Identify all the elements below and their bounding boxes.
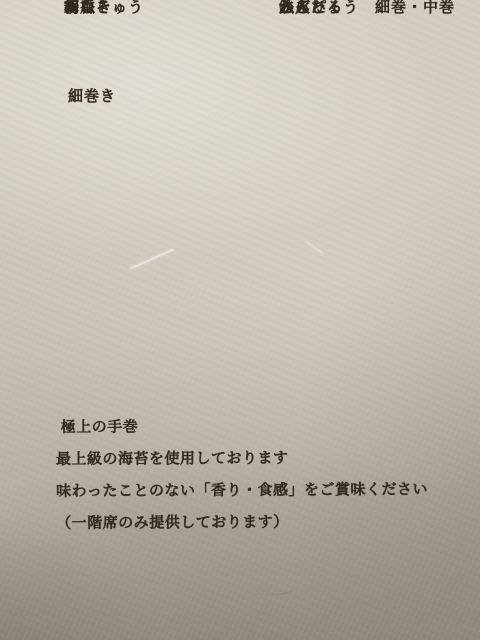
menu-item: うなきゅう (64, 0, 144, 15)
premium-handroll-note: 極上の手巻 最上級の海苔を使用しております 味わったことのない「香り・食感」をご… (56, 409, 429, 539)
menu-item: かんぴょう 細巻・中巻 (279, 0, 455, 15)
paper-crease (130, 248, 175, 269)
menu-photo: 細巻き 胡瓜 新香 梅しそ うなきゅう 鉄火 ねぎとろ とろたく かんぴょう 細… (0, 0, 480, 640)
note-line: 最上級の海苔を使用しております (56, 441, 428, 475)
note-line: （一階席のみ提供しております） (56, 505, 428, 539)
paper-crease (305, 240, 324, 254)
menu-section-heading: 細巻き (68, 89, 116, 104)
paper-crease (255, 580, 298, 597)
note-title: 極上の手巻 (56, 409, 428, 443)
note-line: 味わったことのない「香り・食感」をご賞味ください (56, 473, 428, 507)
